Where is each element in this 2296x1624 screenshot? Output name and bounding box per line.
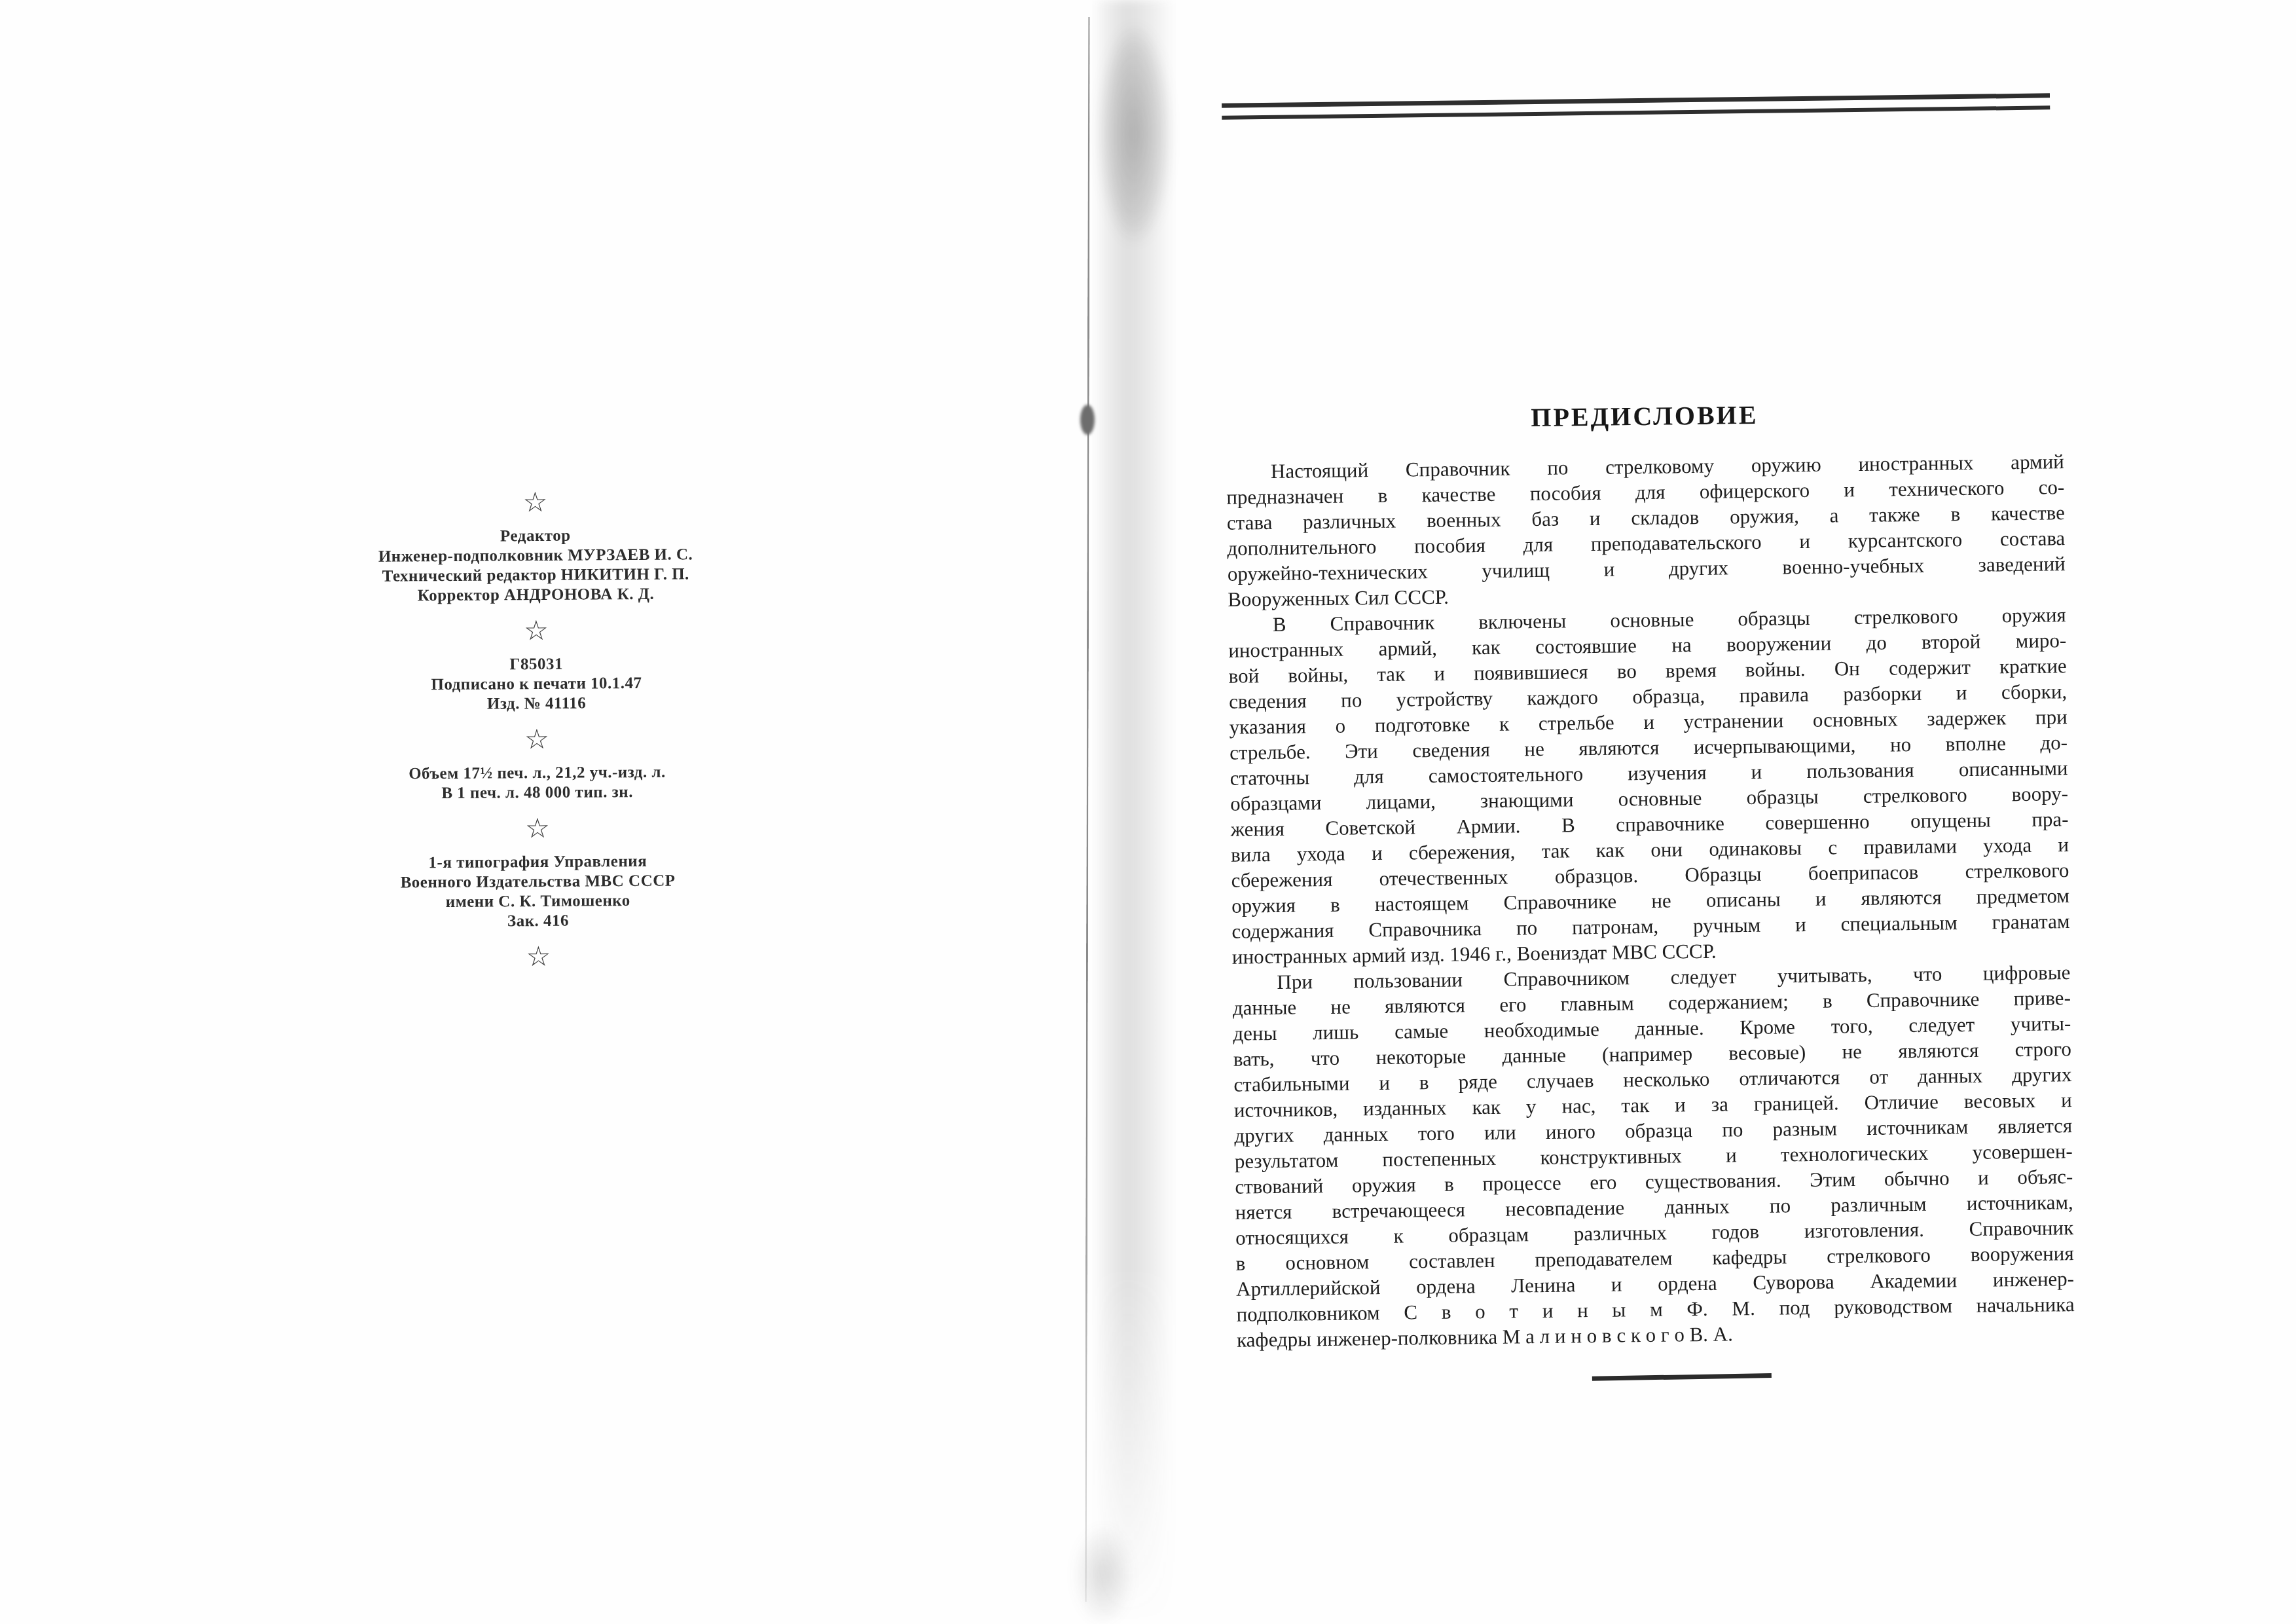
gutter-shadow-top <box>1099 26 1171 242</box>
imprint-group-3: Объем 17½ печ. л., 21,2 уч.-изд. л.В 1 п… <box>282 762 792 804</box>
preface-paragraph-2: В Справочник включены основные образцы с… <box>1228 602 2071 970</box>
star-ornament-icon: ☆ <box>282 814 793 843</box>
book-scan-spread: { "ornament": { "star_glyph": "☆" }, "le… <box>0 0 2296 1624</box>
imprint-line: Изд. № 41116 <box>282 692 792 715</box>
imprint-line: Зак. 416 <box>283 910 793 932</box>
page-title: ПРЕДИСЛОВИЕ <box>1226 396 2064 437</box>
rule-line <box>1222 93 2050 107</box>
gutter-shadow <box>1092 0 1176 1624</box>
imprint-line: Корректор АНДРОНОВА К. Д. <box>280 583 791 606</box>
left-page-imprint: ☆РедакторИнженер-подполковник МУРЗАЕВ И.… <box>280 488 793 982</box>
star-ornament-icon: ☆ <box>281 616 792 646</box>
preface-paragraph-1: Настоящий Справочник по стрелковому оруж… <box>1226 449 2066 612</box>
imprint-group-2: Г85031Подписано к печати 10.1.47Изд. № 4… <box>281 653 792 715</box>
end-rule <box>1592 1373 1772 1381</box>
imprint-line: В 1 печ. л. 48 000 тип. зн. <box>282 781 793 804</box>
preface-paragraph-3: При пользовании Справочником следует учи… <box>1232 959 2075 1353</box>
preface-body: Настоящий Справочник по стрелковому оруж… <box>1226 449 2075 1353</box>
gutter-fold-spot <box>1080 405 1095 435</box>
right-page-preface: ПРЕДИСЛОВИЕ Настоящий Справочник по стре… <box>1222 93 2075 1384</box>
star-ornament-icon: ☆ <box>280 488 790 517</box>
rule-line <box>1222 105 2050 119</box>
star-ornament-icon: ☆ <box>283 942 793 972</box>
imprint-group-1: РедакторИнженер-подполковник МУРЗАЕВ И. … <box>280 525 792 606</box>
imprint-group-4: 1-я типография УправленияВоенного Издате… <box>282 851 793 932</box>
top-double-rule <box>1222 93 2050 119</box>
star-ornament-icon: ☆ <box>282 725 792 754</box>
gutter-shadow-bottom <box>1074 1526 1133 1624</box>
gutter-fold-line <box>1085 17 1090 1602</box>
